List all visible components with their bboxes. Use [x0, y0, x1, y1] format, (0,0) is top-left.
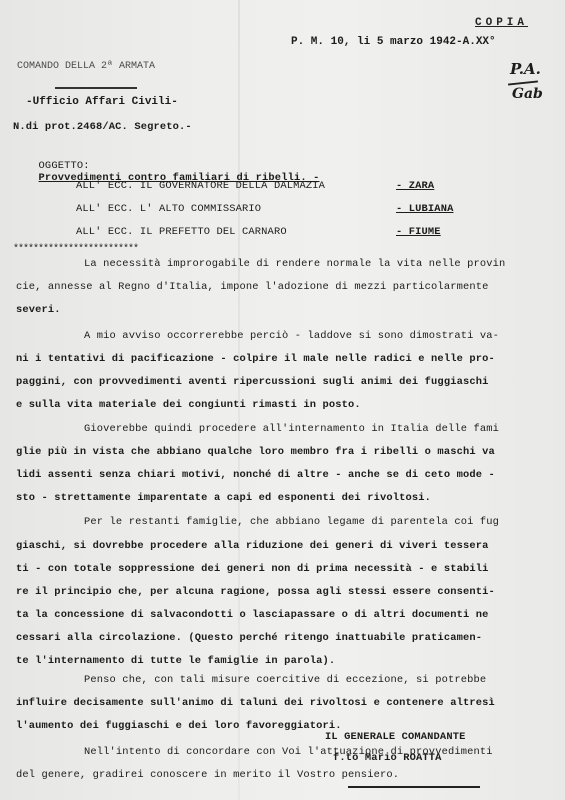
- dateline: P. M. 10, li 5 marzo 1942-A.XX°: [291, 36, 496, 48]
- body-line: paggini, con provvedimenti aventi riperc…: [16, 376, 489, 388]
- recipient-city: - LUBIANA: [396, 203, 453, 215]
- body-line: lidi assenti senza chiari motivi, nonché…: [16, 469, 495, 481]
- body-line: giaschi, si dovrebbe procedere alla ridu…: [16, 540, 489, 552]
- recipient-city: - ZARA: [396, 180, 434, 192]
- body-line: te l'internamento di tutte le famiglie i…: [16, 655, 335, 667]
- handwritten-initials: P.A.: [510, 60, 541, 78]
- body-line: Per le restanti famiglie, che abbiano le…: [84, 516, 499, 528]
- protocol-number: N.di prot.2468/AC. Segreto.-: [13, 121, 192, 133]
- recipient-title: ALL' ECC. L' ALTO COMMISSARIO: [76, 203, 261, 215]
- body-line: Gioverebbe quindi procedere all'internam…: [84, 423, 499, 435]
- body-line: A mio avviso occorrerebbe perciò - laddo…: [84, 330, 499, 342]
- signature-name: f.to Mario ROATTA: [333, 752, 442, 764]
- recipient-title: ALL' ECC. IL PREFETTO DEL CARNARO: [76, 226, 287, 238]
- body-line: sto - strettamente imparentate a capi ed…: [16, 492, 431, 504]
- body-line: Penso che, con tali misure coercitive di…: [84, 674, 486, 686]
- scanned-letter: COPIA P. M. 10, li 5 marzo 1942-A.XX° P.…: [0, 0, 565, 800]
- body-line: e sulla vita materiale dei congiunti rim…: [16, 399, 361, 411]
- body-line: ti - con totale soppressione dei generi …: [16, 563, 489, 575]
- subject-label: OGGETTO:: [39, 160, 90, 172]
- signature-title: IL GENERALE COMANDANTE: [325, 731, 465, 743]
- handwritten-mark: Gab: [512, 86, 543, 102]
- body-line: glie più in vista che abbiano qualche lo…: [16, 446, 495, 458]
- office-heading: -Ufficio Affari Civili-: [26, 96, 178, 108]
- heading-rule: [55, 87, 137, 89]
- body-line: severi.: [16, 304, 61, 316]
- recipient-city: - FIUME: [396, 226, 441, 238]
- body-line: re il principio che, per alcuna ragione,…: [16, 586, 495, 598]
- body-line: ni i tentativi di pacificazione - colpir…: [16, 353, 495, 365]
- recipient-title: ALL' ECC. IL GOVERNATORE DELLA DALMAZIA: [76, 180, 325, 192]
- copy-stamp: COPIA: [475, 17, 528, 29]
- body-line: del genere, gradirei conoscere in merito…: [16, 769, 399, 781]
- signature-rule: [348, 786, 480, 788]
- command-heading: COMANDO DELLA 2ª ARMATA: [17, 61, 155, 72]
- body-line: La necessità improrogabile di rendere no…: [84, 258, 505, 270]
- body-line: cie, annesse al Regno d'Italia, impone l…: [16, 281, 489, 293]
- separator: *************************: [13, 244, 138, 255]
- handwritten-divider: [508, 80, 538, 85]
- body-line: cessari alla circolazione. (Questo perch…: [16, 632, 482, 644]
- body-line: influire decisamente sull'animo di talun…: [16, 697, 495, 709]
- body-line: l'aumento dei fuggiaschi e dei loro favo…: [16, 720, 342, 732]
- body-line: ta la concessione di salvacondotti o las…: [16, 609, 489, 621]
